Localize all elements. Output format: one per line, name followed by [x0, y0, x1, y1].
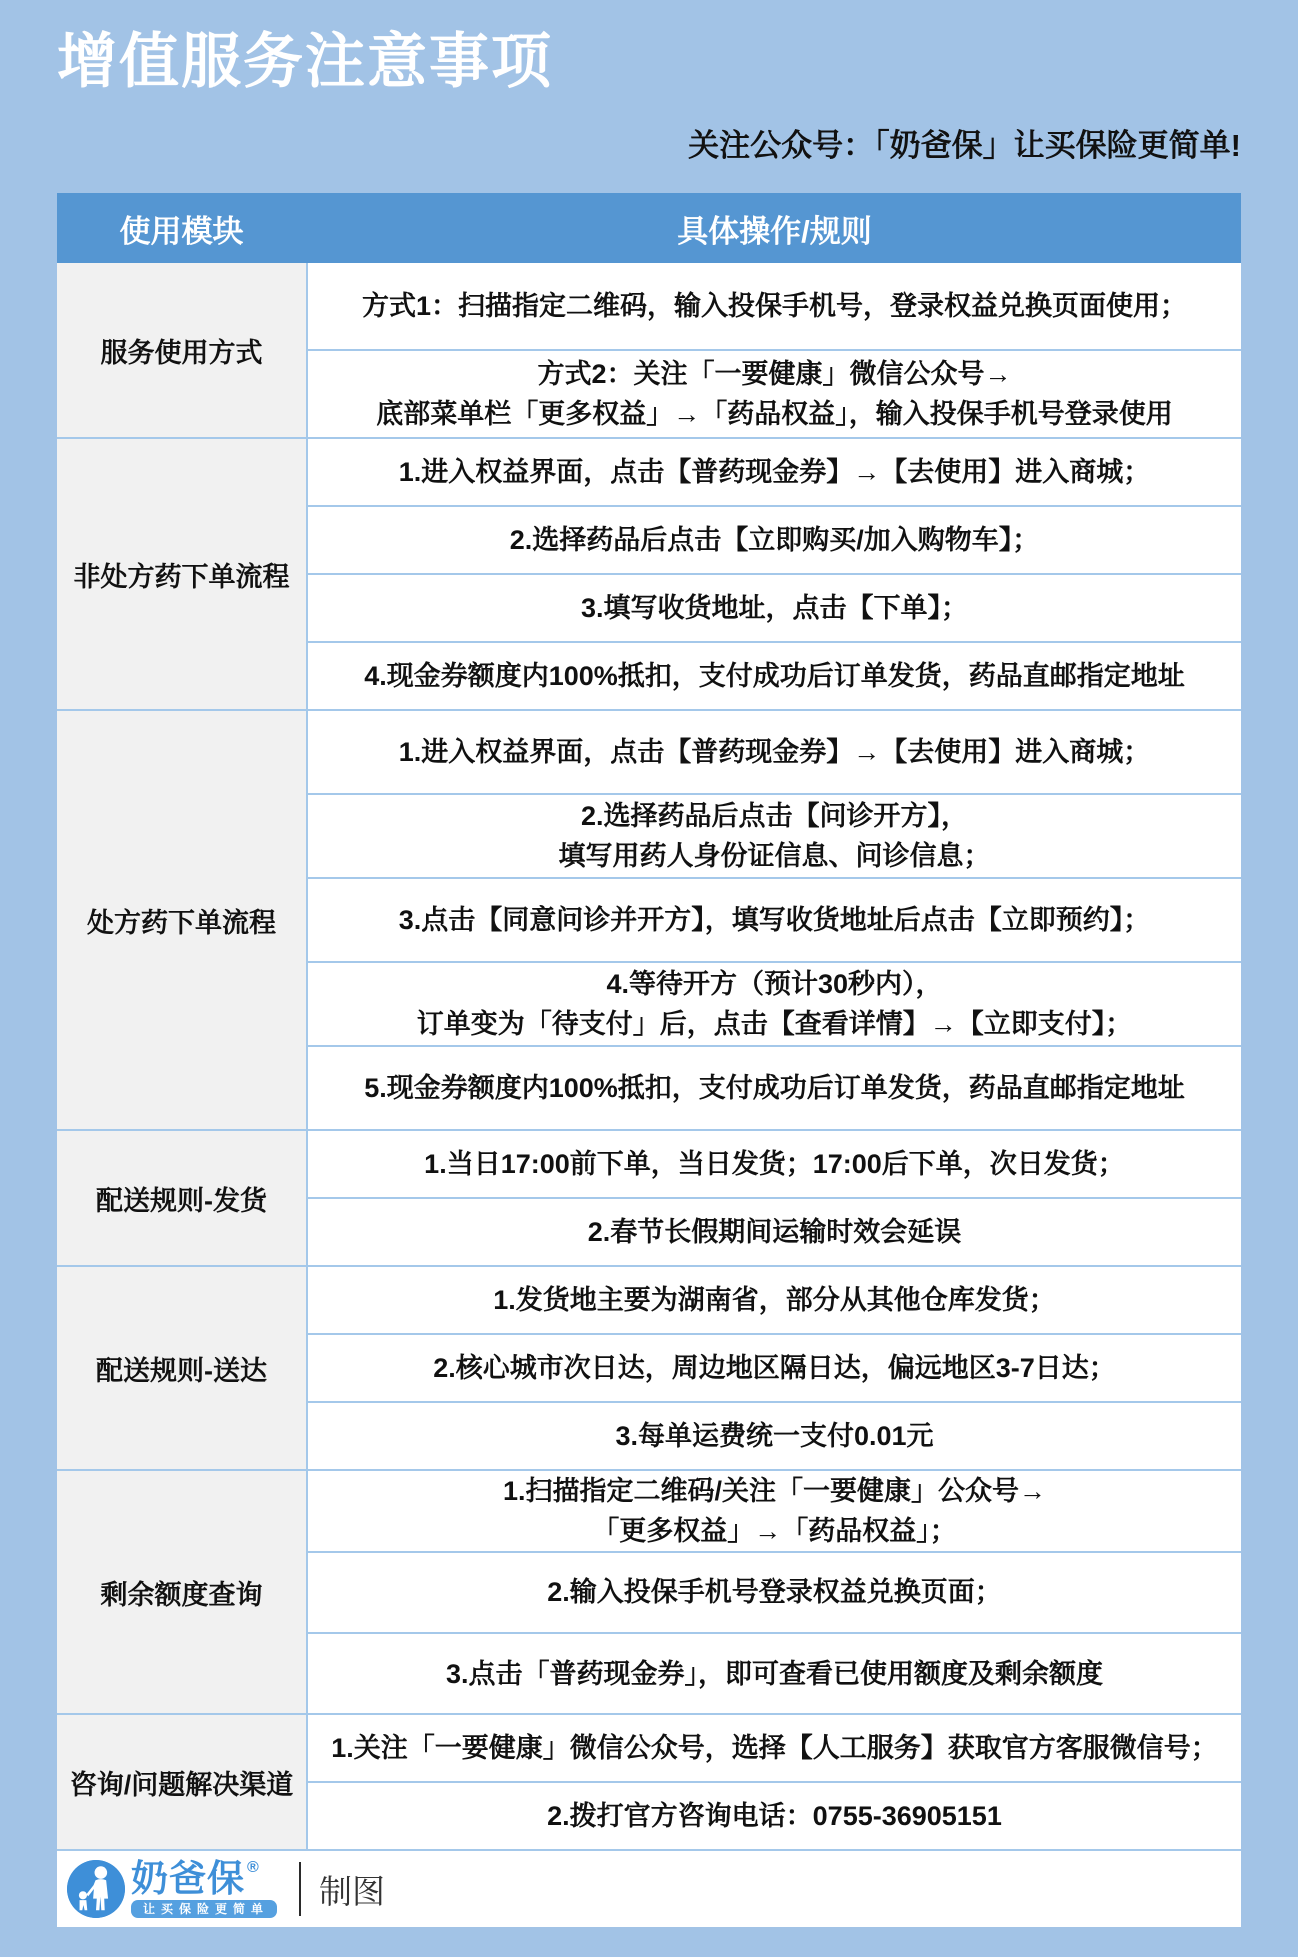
- module-rules: 1.关注「一要健康」微信公众号，选择【人工服务】获取官方客服微信号； 2.拨打官…: [308, 1715, 1241, 1849]
- module-label: 非处方药下单流程: [57, 439, 308, 709]
- table-row: 剩余额度查询 1.扫描指定二维码/关注「一要健康」公众号→ 「更多权益」→「药品…: [57, 1471, 1241, 1715]
- page-subtitle: 关注公众号：「奶爸保」让买保险更简单!: [57, 127, 1241, 164]
- table-row: 咨询/问题解决渠道 1.关注「一要健康」微信公众号，选择【人工服务】获取官方客服…: [57, 1715, 1241, 1851]
- header-rules-column: 具体操作/规则: [308, 193, 1241, 263]
- rule-cell: 5.现金券额度内100%抵扣，支付成功后订单发货，药品直邮指定地址: [308, 1047, 1241, 1129]
- rule-cell: 2.选择药品后点击【立即购买/加入购物车】；: [308, 507, 1241, 575]
- rule-cell: 1.发货地主要为湖南省，部分从其他仓库发货；: [308, 1267, 1241, 1335]
- rule-cell: 方式1：扫描指定二维码，输入投保手机号，登录权益兑换页面使用；: [308, 263, 1241, 351]
- content-column: 增值服务注意事项 关注公众号：「奶爸保」让买保险更简单! 使用模块 具体操作/规…: [57, 24, 1241, 1927]
- module-label: 剩余额度查询: [57, 1471, 308, 1713]
- brand-name: 奶爸保: [131, 1860, 245, 1897]
- rule-cell: 1.当日17:00前下单，当日发货；17:00后下单，次日发货；: [308, 1131, 1241, 1199]
- table-row: 非处方药下单流程 1.进入权益界面，点击【普药现金券】→【去使用】进入商城； 2…: [57, 439, 1241, 711]
- table-row: 处方药下单流程 1.进入权益界面，点击【普药现金券】→【去使用】进入商城； 2.…: [57, 711, 1241, 1131]
- page-title: 增值服务注意事项: [57, 24, 1241, 99]
- rule-cell: 3.每单运费统一支付0.01元: [308, 1403, 1241, 1469]
- table-row: 配送规则-发货 1.当日17:00前下单，当日发货；17:00后下单，次日发货；…: [57, 1131, 1241, 1267]
- brand-lockup: 奶爸保 ® 让买保险更简单: [131, 1860, 277, 1918]
- module-label: 咨询/问题解决渠道: [57, 1715, 308, 1849]
- module-label: 处方药下单流程: [57, 711, 308, 1129]
- rule-cell: 4.现金券额度内100%抵扣，支付成功后订单发货，药品直邮指定地址: [308, 643, 1241, 709]
- rule-cell: 3.点击【同意问诊并开方】，填写收货地址后点击【立即预约】；: [308, 879, 1241, 963]
- rule-cell: 2.春节长假期间运输时效会延误: [308, 1199, 1241, 1265]
- footer-bar: 奶爸保 ® 让买保险更简单 制图: [57, 1851, 1241, 1927]
- table-row: 服务使用方式 方式1：扫描指定二维码，输入投保手机号，登录权益兑换页面使用； 方…: [57, 263, 1241, 439]
- brand-name-row: 奶爸保 ®: [131, 1860, 259, 1897]
- rule-cell: 2.输入投保手机号登录权益兑换页面；: [308, 1553, 1241, 1634]
- module-rules: 1.扫描指定二维码/关注「一要健康」公众号→ 「更多权益」→「药品权益」； 2.…: [308, 1471, 1241, 1713]
- rule-cell: 2.拨打官方咨询电话：0755-36905151: [308, 1783, 1241, 1849]
- father-child-icon: [67, 1860, 125, 1918]
- table-row: 配送规则-送达 1.发货地主要为湖南省，部分从其他仓库发货； 2.核心城市次日达…: [57, 1267, 1241, 1471]
- module-rules: 1.当日17:00前下单，当日发货；17:00后下单，次日发货； 2.春节长假期…: [308, 1131, 1241, 1265]
- rule-cell: 1.进入权益界面，点击【普药现金券】→【去使用】进入商城；: [308, 439, 1241, 507]
- brand-tagline-pill: 让买保险更简单: [131, 1900, 277, 1918]
- rule-cell: 2.选择药品后点击【问诊开方】， 填写用药人身份证信息、问诊信息；: [308, 795, 1241, 879]
- rule-cell: 3.点击「普药现金券」，即可查看已使用额度及剩余额度: [308, 1634, 1241, 1713]
- table-header-row: 使用模块 具体操作/规则: [57, 193, 1241, 263]
- module-rules: 1.进入权益界面，点击【普药现金券】→【去使用】进入商城； 2.选择药品后点击【…: [308, 439, 1241, 709]
- module-label: 服务使用方式: [57, 263, 308, 437]
- poster-page: 增值服务注意事项 关注公众号：「奶爸保」让买保险更简单! 使用模块 具体操作/规…: [0, 0, 1298, 1957]
- rule-cell: 1.扫描指定二维码/关注「一要健康」公众号→ 「更多权益」→「药品权益」；: [308, 1471, 1241, 1552]
- rule-cell: 方式2：关注「一要健康」微信公众号→ 底部菜单栏「更多权益」→「药品权益」，输入…: [308, 351, 1241, 437]
- rule-cell: 1.进入权益界面，点击【普药现金券】→【去使用】进入商城；: [308, 711, 1241, 795]
- module-rules: 1.进入权益界面，点击【普药现金券】→【去使用】进入商城； 2.选择药品后点击【…: [308, 711, 1241, 1129]
- rule-cell: 1.关注「一要健康」微信公众号，选择【人工服务】获取官方客服微信号；: [308, 1715, 1241, 1783]
- rules-table: 使用模块 具体操作/规则 服务使用方式 方式1：扫描指定二维码，输入投保手机号，…: [57, 193, 1241, 1851]
- rule-cell: 3.填写收货地址，点击【下单】；: [308, 575, 1241, 643]
- module-label: 配送规则-送达: [57, 1267, 308, 1469]
- registered-trademark-icon: ®: [247, 1860, 259, 1876]
- module-rules: 方式1：扫描指定二维码，输入投保手机号，登录权益兑换页面使用； 方式2：关注「一…: [308, 263, 1241, 437]
- header-module-column: 使用模块: [57, 193, 308, 263]
- footer-caption: 制图: [319, 1866, 385, 1913]
- rule-cell: 2.核心城市次日达，周边地区隔日达，偏远地区3-7日达；: [308, 1335, 1241, 1403]
- rule-cell: 4.等待开方（预计30秒内）， 订单变为「待支付」后，点击【查看详情】→【立即支…: [308, 963, 1241, 1047]
- module-label: 配送规则-发货: [57, 1131, 308, 1265]
- module-rules: 1.发货地主要为湖南省，部分从其他仓库发货； 2.核心城市次日达，周边地区隔日达…: [308, 1267, 1241, 1469]
- footer-divider: [299, 1862, 301, 1916]
